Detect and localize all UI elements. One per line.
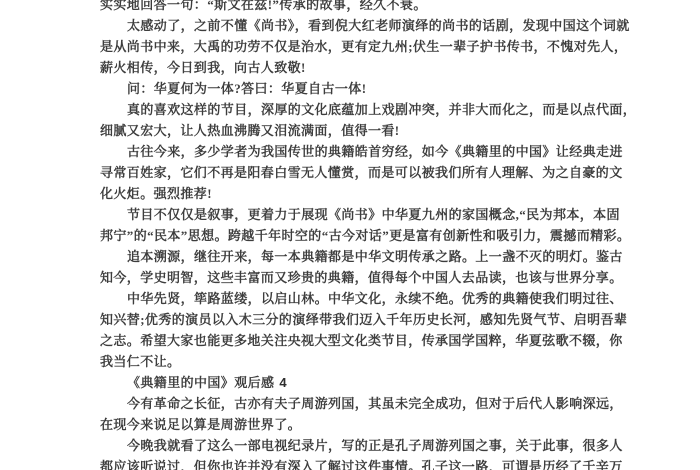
text-line: 是从尚书中来，大禹的功劳不仅是治水，更有定九州;伏生一辈子护书传书，不愧对先人， — [100, 36, 648, 57]
line-text: 之志。希望大家也能更多地关注央视大型文化类节目，传承国学国粹，华夏弦歌不辍，你 — [100, 333, 623, 348]
line-text: 真的喜欢这样的节目，深厚的文化底蕴加上戏剧冲突，并非大而化之，而是以点代面， — [127, 102, 636, 117]
line-text: 问：华夏何为一体?答曰：华夏自古一体! — [127, 81, 366, 96]
line-text: 节目不仅仅是叙事，更着力于展现《尚书》中华夏九州的家国概念,“民为邦本，本固 — [127, 207, 620, 222]
line-text: 是从尚书中来，大禹的功劳不仅是治水，更有定九州;伏生一辈子护书传书，不愧对先人， — [100, 39, 627, 54]
text-line: 知今，学史明智，这些丰富而又珍贵的典籍，值得每个中国人去品读，也该与世界分享。 — [100, 267, 648, 288]
text-line: 追本溯源，继往开来，每一本典籍都是中华文明传承之路。上一盏不灭的明灯。鉴古 — [100, 246, 648, 267]
line-text: 细腻又宏大，让人热血沸腾又泪流满面，值得一看! — [100, 123, 400, 138]
line-text: 《典籍里的中国》观后感 — [127, 375, 274, 390]
line-text: 中华先贤，筚路蓝缕，以启山林。中华文化，永续不绝。优秀的典籍使我们明过往、 — [127, 291, 623, 306]
line-text: 太感动了，之前不懂《尚书》，看到倪大红老师演绎的尚书的话剧，发现中国这个词就 — [127, 18, 630, 33]
text-line: 今晚我就看了这么一部电视纪录片，写的正是孔子周游列国之事，关于此事，很多人 — [100, 435, 648, 456]
line-text: 今晚我就看了这么一部电视纪录片，写的正是孔子周游列国之事，关于此事，很多人 — [127, 438, 623, 453]
line-text: 追本溯源，继往开来，每一本典籍都是中华文明传承之路。上一盏不灭的明灯。鉴古 — [127, 249, 623, 264]
essay-text-block: 实实地回答一句：“斯文在兹!”传承的故事，经久不衰。太感动了，之前不懂《尚书》，… — [100, 0, 648, 470]
text-line: 古往今来，多少学者为我国传世的典籍皓首穷经，如今《典籍里的中国》让经典走进 — [100, 141, 648, 162]
text-line: 太感动了，之前不懂《尚书》，看到倪大红老师演绎的尚书的话剧，发现中国这个词就 — [100, 15, 648, 36]
text-line: 都应该听说过，但你也许并没有深入了解过这件事情。孔子这一路，可谓是历经了千辛万 — [100, 456, 648, 470]
line-text: 在现今来说足以算是周游世界了。 — [100, 417, 301, 432]
text-line: 真的喜欢这样的节目，深厚的文化底蕴加上戏剧冲突，并非大而化之，而是以点代面， — [100, 99, 648, 120]
line-text: 实实地回答一句：“斯文在兹!”传承的故事，经久不衰。 — [100, 0, 427, 12]
text-line: 之志。希望大家也能更多地关注央视大型文化类节目，传承国学国粹，华夏弦歌不辍，你 — [100, 330, 648, 351]
line-text: 知今，学史明智，这些丰富而又珍贵的典籍，值得每个中国人去品读，也该与世界分享。 — [100, 270, 623, 285]
text-line: 寻常百姓家，它们不再是阳春白雪无人懂赏，而是可以被我们所有人理解、为之自豪的文 — [100, 162, 648, 183]
text-line: 节目不仅仅是叙事，更着力于展现《尚书》中华夏九州的家国概念,“民为邦本，本固 — [100, 204, 648, 225]
text-line: 实实地回答一句：“斯文在兹!”传承的故事，经久不衰。 — [100, 0, 648, 15]
text-line: 化火炬。强烈推荐! — [100, 183, 648, 204]
line-text: 邦宁”的“民本”思想。跨越千年时空的“古今对话”更是富有创新性和吸引力，震撼而精… — [100, 228, 630, 243]
text-line: 我当仁不让。 — [100, 351, 648, 372]
line-text: 古往今来，多少学者为我国传世的典籍皓首穷经，如今《典籍里的中国》让经典走进 — [127, 144, 623, 159]
line-text: 我当仁不让。 — [100, 354, 180, 369]
section-heading-line: 《典籍里的中国》观后感4 — [100, 372, 648, 393]
line-text: 都应该听说过，但你也许并没有深入了解过这件事情。孔子这一路，可谓是历经了千辛万 — [100, 459, 623, 470]
text-line: 薪火相传，今日到我，向古人致敬! — [100, 57, 648, 78]
text-line: 问：华夏何为一体?答曰：华夏自古一体! — [100, 78, 648, 99]
line-text: 今有革命之长征，古亦有夫子周游列国，其虽未完全成功，但对于后代人影响深远， — [127, 396, 623, 411]
text-line: 中华先贤，筚路蓝缕，以启山林。中华文化，永续不绝。优秀的典籍使我们明过往、 — [100, 288, 648, 309]
text-line: 知兴替;优秀的演员以入木三分的演绎带我们迈入千年历史长河，感知先贤气节、启明吾辈 — [100, 309, 648, 330]
line-text: 化火炬。强烈推荐! — [100, 186, 212, 201]
text-line: 在现今来说足以算是周游世界了。 — [100, 414, 648, 435]
text-line: 细腻又宏大，让人热血沸腾又泪流满面，值得一看! — [100, 120, 648, 141]
line-text: 知兴替;优秀的演员以入木三分的演绎带我们迈入千年历史长河，感知先贤气节、启明吾辈 — [100, 312, 627, 327]
text-line: 邦宁”的“民本”思想。跨越千年时空的“古今对话”更是富有创新性和吸引力，震撼而精… — [100, 225, 648, 246]
text-line: 今有革命之长征，古亦有夫子周游列国，其虽未完全成功，但对于后代人影响深远， — [100, 393, 648, 414]
line-text: 寻常百姓家，它们不再是阳春白雪无人懂赏，而是可以被我们所有人理解、为之自豪的文 — [100, 165, 623, 180]
section-number: 4 — [274, 375, 286, 390]
line-text: 薪火相传，今日到我，向古人致敬! — [100, 60, 306, 75]
